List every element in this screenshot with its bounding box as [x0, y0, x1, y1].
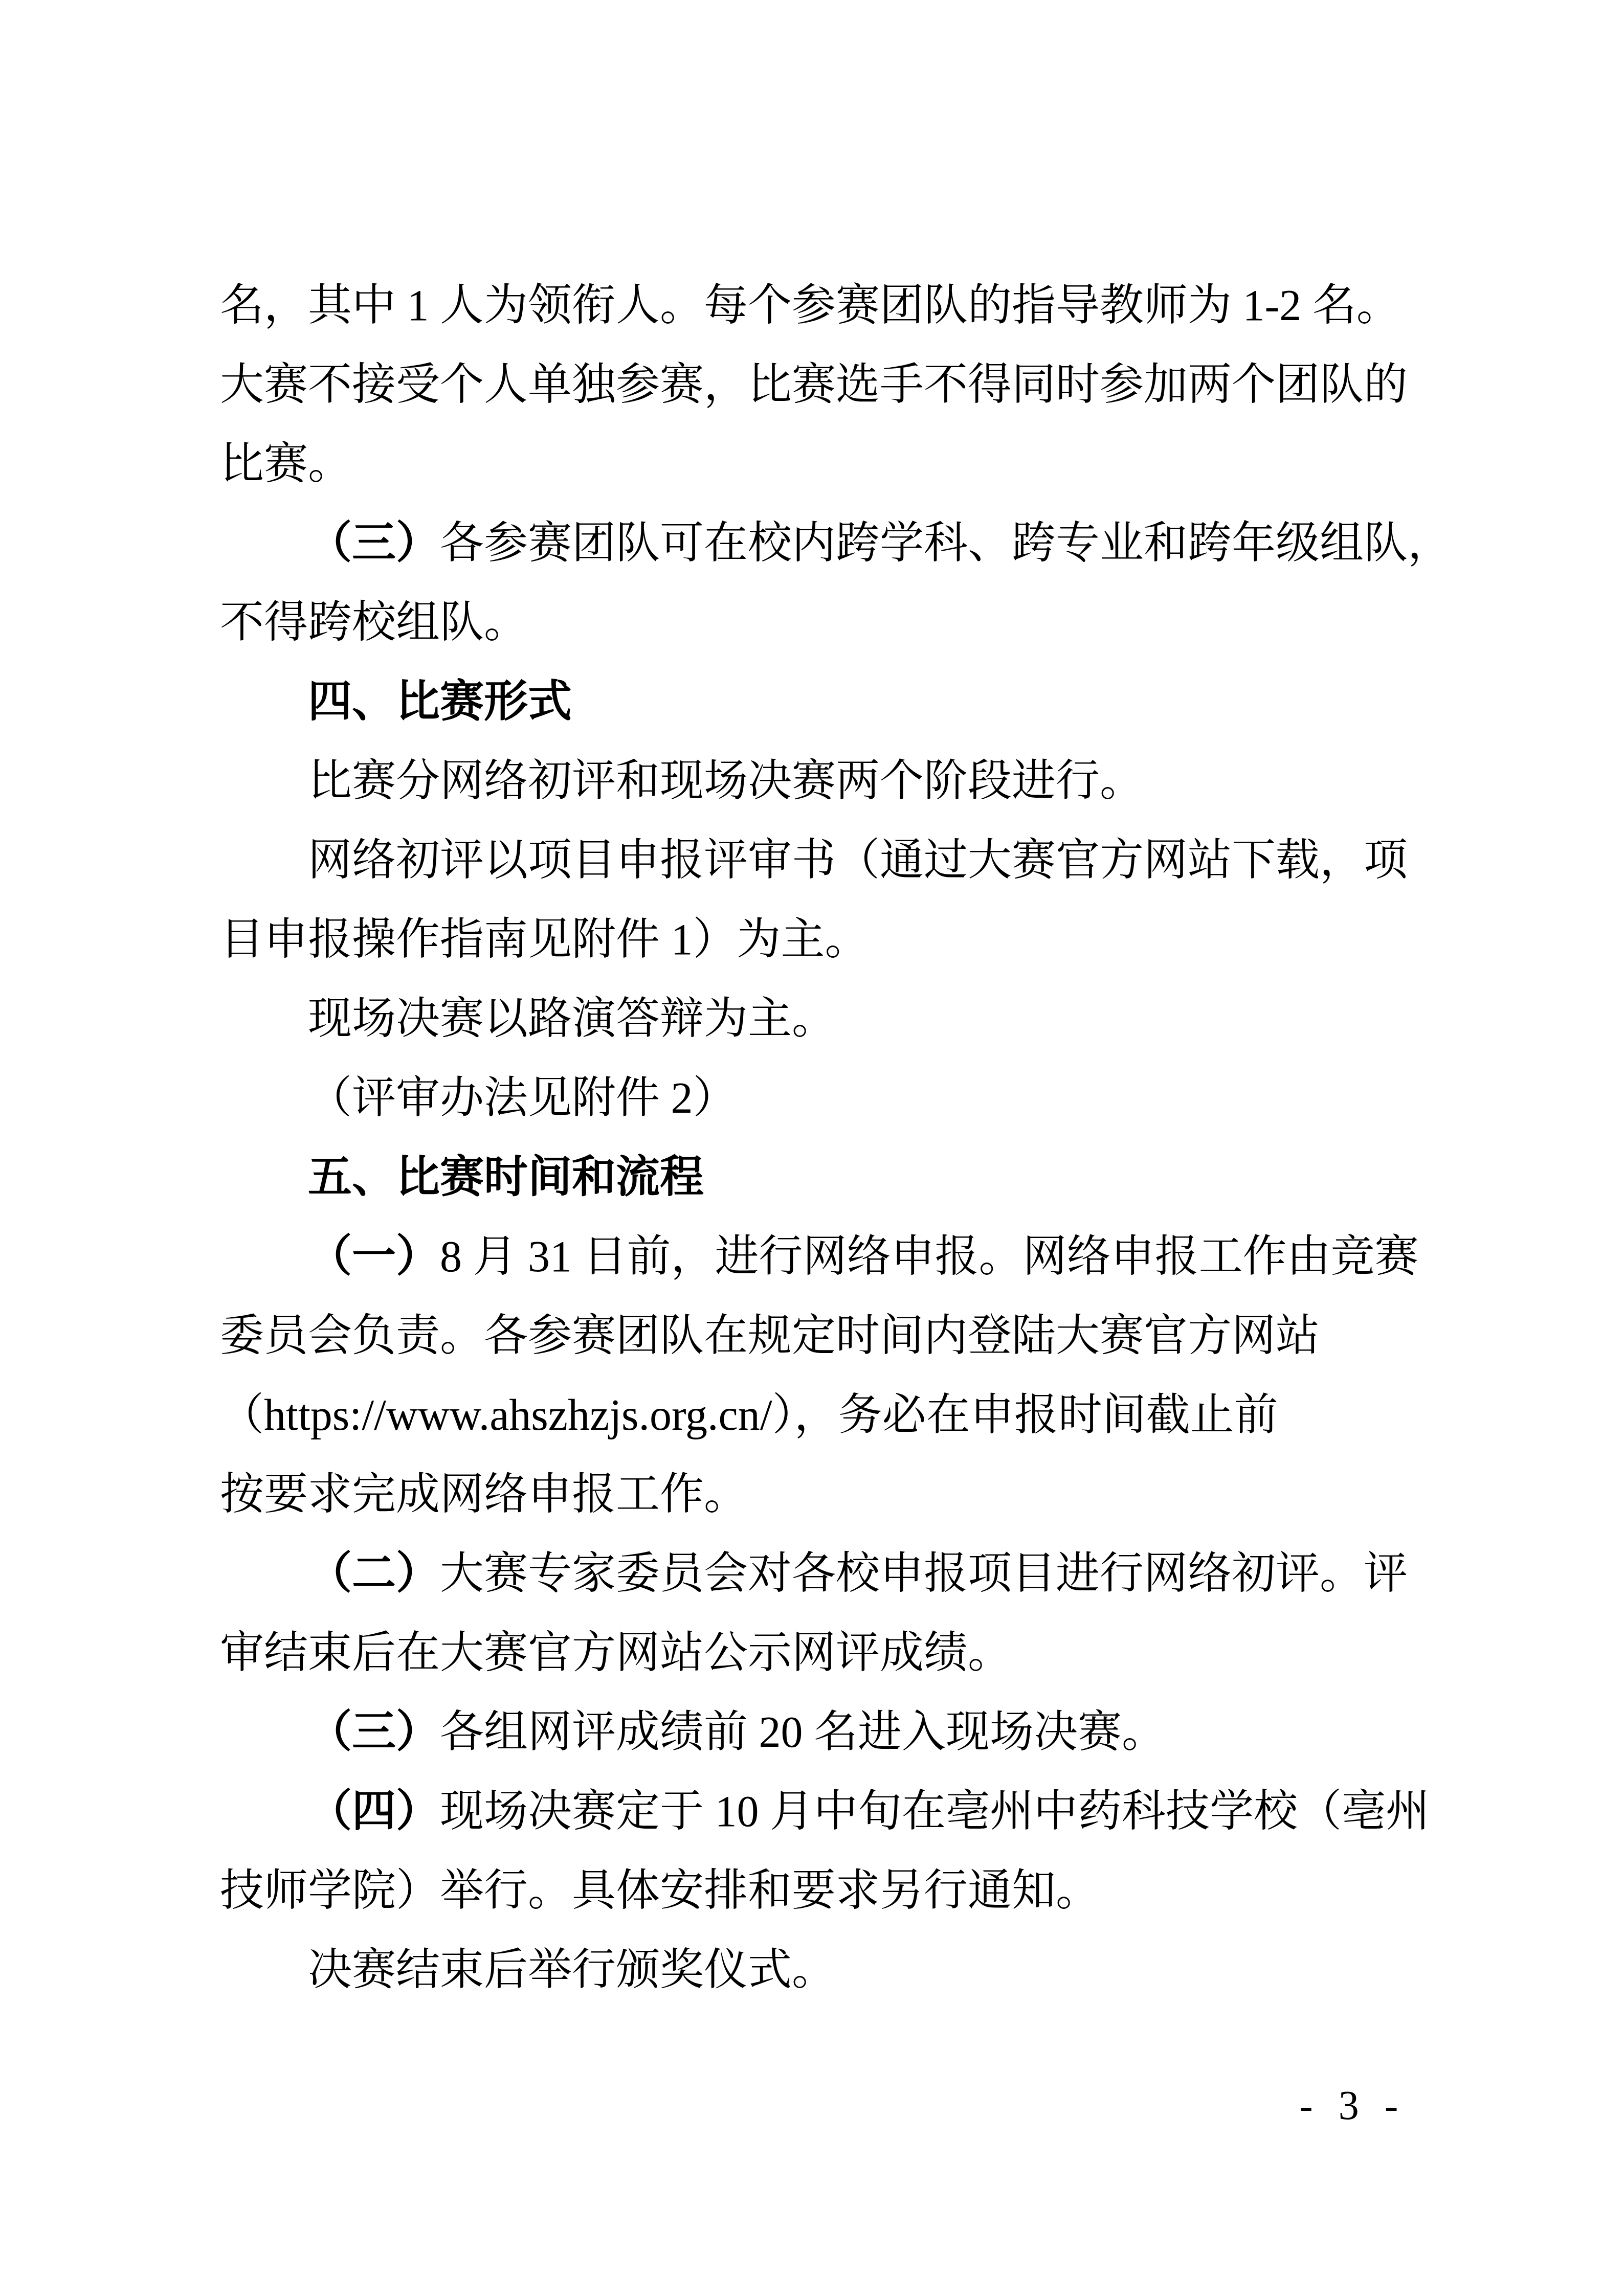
line-text: （评审办法见附件 2） — [308, 1073, 737, 1122]
line-text: 网络初评以项目申报评审书（通过大赛官方网站下载，项 — [308, 836, 1408, 885]
document-line: 目申报操作指南见附件 1）为主。 — [220, 900, 1404, 979]
document-line: 审结束后在大赛官方网站公示网评成绩。 — [220, 1613, 1404, 1693]
line-text: 五、比赛时间和流程 — [308, 1153, 704, 1202]
document-line: （https://www.ahszhzjs.org.cn/），务必在申报时间截止… — [220, 1376, 1404, 1455]
paragraph-number: （二） — [308, 1549, 440, 1598]
line-text: 技师学院）举行。具体安排和要求另行通知。 — [220, 1866, 1100, 1915]
document-line: 网络初评以项目申报评审书（通过大赛官方网站下载，项 — [220, 821, 1404, 900]
document-page: 名，其中 1 人为领衔人。每个参赛团队的指导教师为 1-2 名。大赛不接受个人单… — [0, 0, 1624, 2296]
document-line: （评审办法见附件 2） — [220, 1059, 1404, 1138]
document-line: 不得跨校组队。 — [220, 583, 1404, 662]
line-text: 现场决赛以路演答辩为主。 — [308, 994, 836, 1043]
line-text: 名，其中 1 人为领衔人。每个参赛团队的指导教师为 1-2 名。 — [220, 281, 1400, 330]
line-text: 目申报操作指南见附件 1）为主。 — [220, 915, 869, 964]
line-text: 委员会负责。各参赛团队在规定时间内登陆大赛官方网站 — [220, 1311, 1320, 1360]
page-number: - 3 - — [1299, 2082, 1406, 2129]
paragraph-number: （四） — [308, 1787, 440, 1836]
document-line: 大赛不接受个人单独参赛，比赛选手不得同时参加两个团队的 — [220, 345, 1404, 424]
paragraph-number: （一） — [308, 1232, 440, 1281]
line-text: 不得跨校组队。 — [220, 598, 528, 647]
section-heading: 五、比赛时间和流程 — [220, 1138, 1404, 1217]
paragraph-number: （三） — [308, 519, 440, 568]
document-line: （二）大赛专家委员会对各校申报项目进行网络初评。评 — [220, 1534, 1404, 1613]
document-line: （四）现场决赛定于 10 月中旬在亳州中药科技学校（亳州 — [220, 1772, 1404, 1851]
line-text: 大赛专家委员会对各校申报项目进行网络初评。评 — [440, 1549, 1408, 1598]
paragraph-number: （三） — [308, 1707, 440, 1757]
line-text: 审结束后在大赛官方网站公示网评成绩。 — [220, 1628, 1012, 1677]
document-line: 比赛分网络初评和现场决赛两个阶段进行。 — [220, 741, 1404, 821]
line-text: 大赛不接受个人单独参赛，比赛选手不得同时参加两个团队的 — [220, 360, 1408, 409]
line-text: 现场决赛定于 10 月中旬在亳州中药科技学校（亳州 — [440, 1787, 1430, 1836]
line-text: 比赛分网络初评和现场决赛两个阶段进行。 — [308, 756, 1144, 805]
line-text: 四、比赛形式 — [308, 677, 572, 726]
line-text: 按要求完成网络申报工作。 — [220, 1470, 748, 1519]
line-text: 各参赛团队可在校内跨学科、跨专业和跨年级组队， — [440, 519, 1452, 568]
document-line: （一）8 月 31 日前，进行网络申报。网络申报工作由竞赛 — [220, 1217, 1404, 1296]
document-line: 按要求完成网络申报工作。 — [220, 1455, 1404, 1534]
document-line: 比赛。 — [220, 424, 1404, 504]
line-text: 各组网评成绩前 20 名进入现场决赛。 — [440, 1707, 1166, 1757]
line-text: 比赛。 — [220, 439, 352, 488]
document-line: 名，其中 1 人为领衔人。每个参赛团队的指导教师为 1-2 名。 — [220, 266, 1404, 345]
section-heading: 四、比赛形式 — [220, 662, 1404, 741]
document-line: 决赛结束后举行颁奖仪式。 — [220, 1930, 1404, 2010]
line-text: （https://www.ahszhzjs.org.cn/），务必在申报时间截止… — [220, 1390, 1278, 1439]
document-line: 技师学院）举行。具体安排和要求另行通知。 — [220, 1851, 1404, 1930]
document-line: （三）各组网评成绩前 20 名进入现场决赛。 — [220, 1693, 1404, 1772]
document-line: 现场决赛以路演答辩为主。 — [220, 979, 1404, 1059]
line-text: 8 月 31 日前，进行网络申报。网络申报工作由竞赛 — [440, 1232, 1419, 1281]
line-text: 决赛结束后举行颁奖仪式。 — [308, 1945, 836, 1994]
document-line: （三）各参赛团队可在校内跨学科、跨专业和跨年级组队， — [220, 504, 1404, 583]
document-body: 名，其中 1 人为领衔人。每个参赛团队的指导教师为 1-2 名。大赛不接受个人单… — [220, 266, 1404, 2010]
document-line: 委员会负责。各参赛团队在规定时间内登陆大赛官方网站 — [220, 1296, 1404, 1376]
